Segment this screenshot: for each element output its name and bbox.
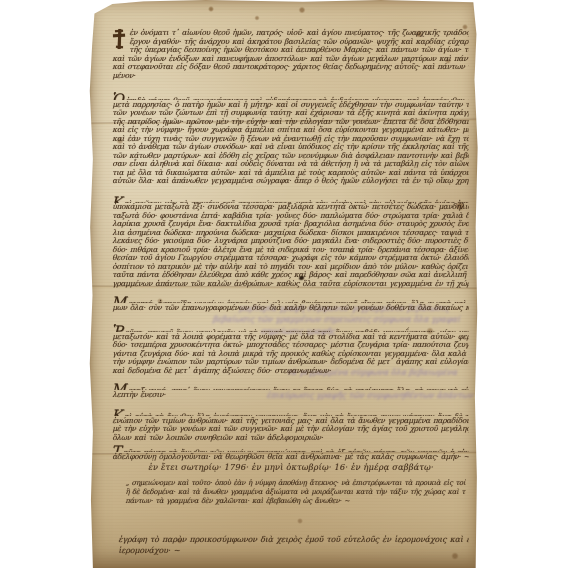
manuscript-paper: μαρτυρία γραφὴ σύμφωνον γεγραμμένον βεβα… xyxy=(89,0,478,568)
edge-discoloration xyxy=(89,0,478,568)
manuscript-scan: μαρτυρία γραφὴ σύμφωνον γεγραμμένον βεβα… xyxy=(0,0,568,568)
